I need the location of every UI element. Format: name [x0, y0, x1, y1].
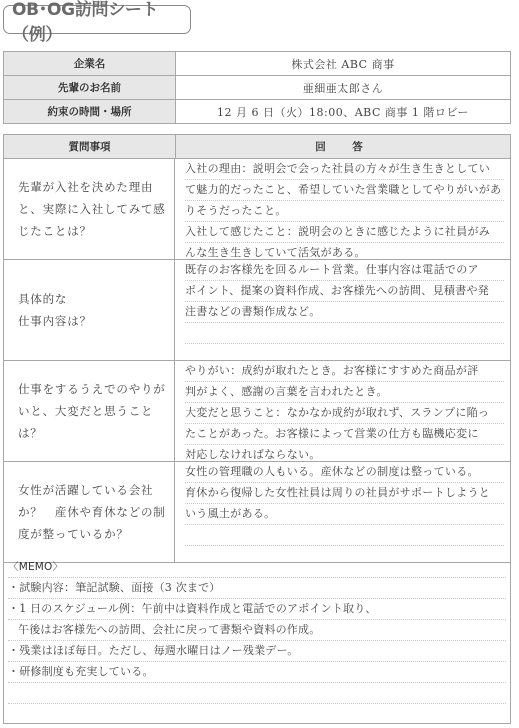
question-header: 質問事項	[4, 135, 176, 158]
memo-line: ・1 日のスケジュール例：午前中は資料作成と電話でのアポイント取り、	[8, 599, 506, 620]
answer-line: ポイント、提案の資料作成、お客様先への訪問、見積書や発	[185, 281, 504, 302]
answer-cell: やりがい：成約が取れたとき。お客様にすすめた商品が評 判がよく、感謝の言葉を言わ…	[175, 361, 510, 461]
answer-line: やりがい：成約が取れたとき。お客様にすすめた商品が評	[185, 361, 504, 382]
answer-line: 既存のお客様先を回るルート営業。仕事内容は電話でのア	[185, 260, 504, 281]
question-cell: 具体的な 仕事内容は？	[4, 260, 175, 360]
info-row-senior-name: 先輩のお名前 亜細亜太郎さん	[4, 76, 511, 100]
answer-line	[185, 525, 504, 546]
answer-cell: 既存のお客様先を回るルート営業。仕事内容は電話でのア ポイント、提案の資料作成、…	[175, 260, 510, 360]
senior-name-value: 亜細亜太郎さん	[176, 76, 511, 100]
memo-line: ・研修制度も充実している。	[8, 662, 506, 683]
answer-cell: 入社の理由：説明会で会った社員の方々が生き生きとしてい て魅力的だったこと、希望…	[175, 159, 510, 259]
senior-name-label: 先輩のお名前	[4, 76, 176, 100]
company-value: 株式会社 ABC 商事	[176, 52, 511, 76]
answer-line: いう風土がある。	[185, 504, 504, 525]
qa-row: 具体的な 仕事内容は？ 既存のお客様先を回るルート営業。仕事内容は電話でのア ポ…	[4, 260, 510, 361]
answer-line: 入社の理由：説明会で会った社員の方々が生き生きとしてい	[185, 159, 504, 180]
answer-line: 女性の管理職の人もいる。産休などの制度は整っている。	[185, 462, 504, 483]
qa-row: 先輩が入社を決めた理由と、実際に入社してみて感じたことは？ 入社の理由：説明会で…	[4, 159, 510, 260]
info-row-appointment: 約束の時間・場所 12 月 6 日（火）18:00、ABC 商事 1 階ロビー	[4, 100, 511, 124]
appointment-label: 約束の時間・場所	[4, 100, 176, 124]
question-cell: 女性が活躍している会社か？ 産休や育休などの制度が整っているか？	[4, 462, 175, 562]
qa-table: 質問事項 回 答 先輩が入社を決めた理由と、実際に入社してみて感じたことは？ 入…	[3, 134, 511, 563]
answer-line: て魅力的だったこと、希望していた営業職としてやりがいがあ	[185, 180, 504, 201]
question-cell: 先輩が入社を決めた理由と、実際に入社してみて感じたことは？	[4, 159, 175, 259]
answer-line: 注書などの書類作成など。	[185, 302, 504, 323]
visit-info-table: 企業名 株式会社 ABC 商事 先輩のお名前 亜細亜太郎さん 約束の時間・場所 …	[3, 51, 511, 124]
qa-row: 仕事をするうえでのやりがいと、大変だと思うことは？ やりがい：成約が取れたとき。…	[4, 361, 510, 462]
qa-row: 女性が活躍している会社か？ 産休や育休などの制度が整っているか？ 女性の管理職の…	[4, 462, 510, 562]
memo-line	[8, 704, 506, 724]
answer-line: たことがあった。お客様によって営業の仕方も臨機応変に	[185, 424, 504, 445]
answer-line: 大変だと思うこと：なかなか成約が取れず、スランプに陥っ	[185, 403, 504, 424]
answer-line: 育休から復帰した女性社員は周りの社員がサポートしようと	[185, 483, 504, 504]
memo-line: ・残業はほぼ毎日。ただし、毎週水曜日はノー残業デー。	[8, 641, 506, 662]
answer-header: 回 答	[176, 135, 510, 158]
sheet-title: OB･OG訪問シート（例）	[3, 5, 191, 34]
memo-section: 〈MEMO〉 ・試験内容：筆記試験、面接（3 次まで） ・1 日のスケジュール例…	[3, 557, 511, 724]
memo-line: 午後はお客様先への訪問、会社に戻って書類や資料の作成。	[8, 620, 506, 641]
appointment-value: 12 月 6 日（火）18:00、ABC 商事 1 階ロビー	[176, 100, 511, 124]
answer-line: 判がよく、感謝の言葉を言われたとき。	[185, 382, 504, 403]
answer-cell: 女性の管理職の人もいる。産休などの制度は整っている。 育休から復帰した女性社員は…	[175, 462, 510, 562]
answer-line: りそうだったこと。	[185, 201, 504, 222]
company-label: 企業名	[4, 52, 176, 76]
memo-line: ・試験内容：筆記試験、面接（3 次まで）	[8, 578, 506, 599]
question-cell: 仕事をするうえでのやりがいと、大変だと思うことは？	[4, 361, 175, 461]
memo-line	[8, 683, 506, 704]
qa-header: 質問事項 回 答	[4, 135, 510, 159]
info-row-company: 企業名 株式会社 ABC 商事	[4, 52, 511, 76]
answer-line: 入社して感じたこと：説明会のときに感じたように社員がみ	[185, 222, 504, 243]
memo-heading: 〈MEMO〉	[8, 557, 506, 578]
answer-line	[185, 323, 504, 344]
